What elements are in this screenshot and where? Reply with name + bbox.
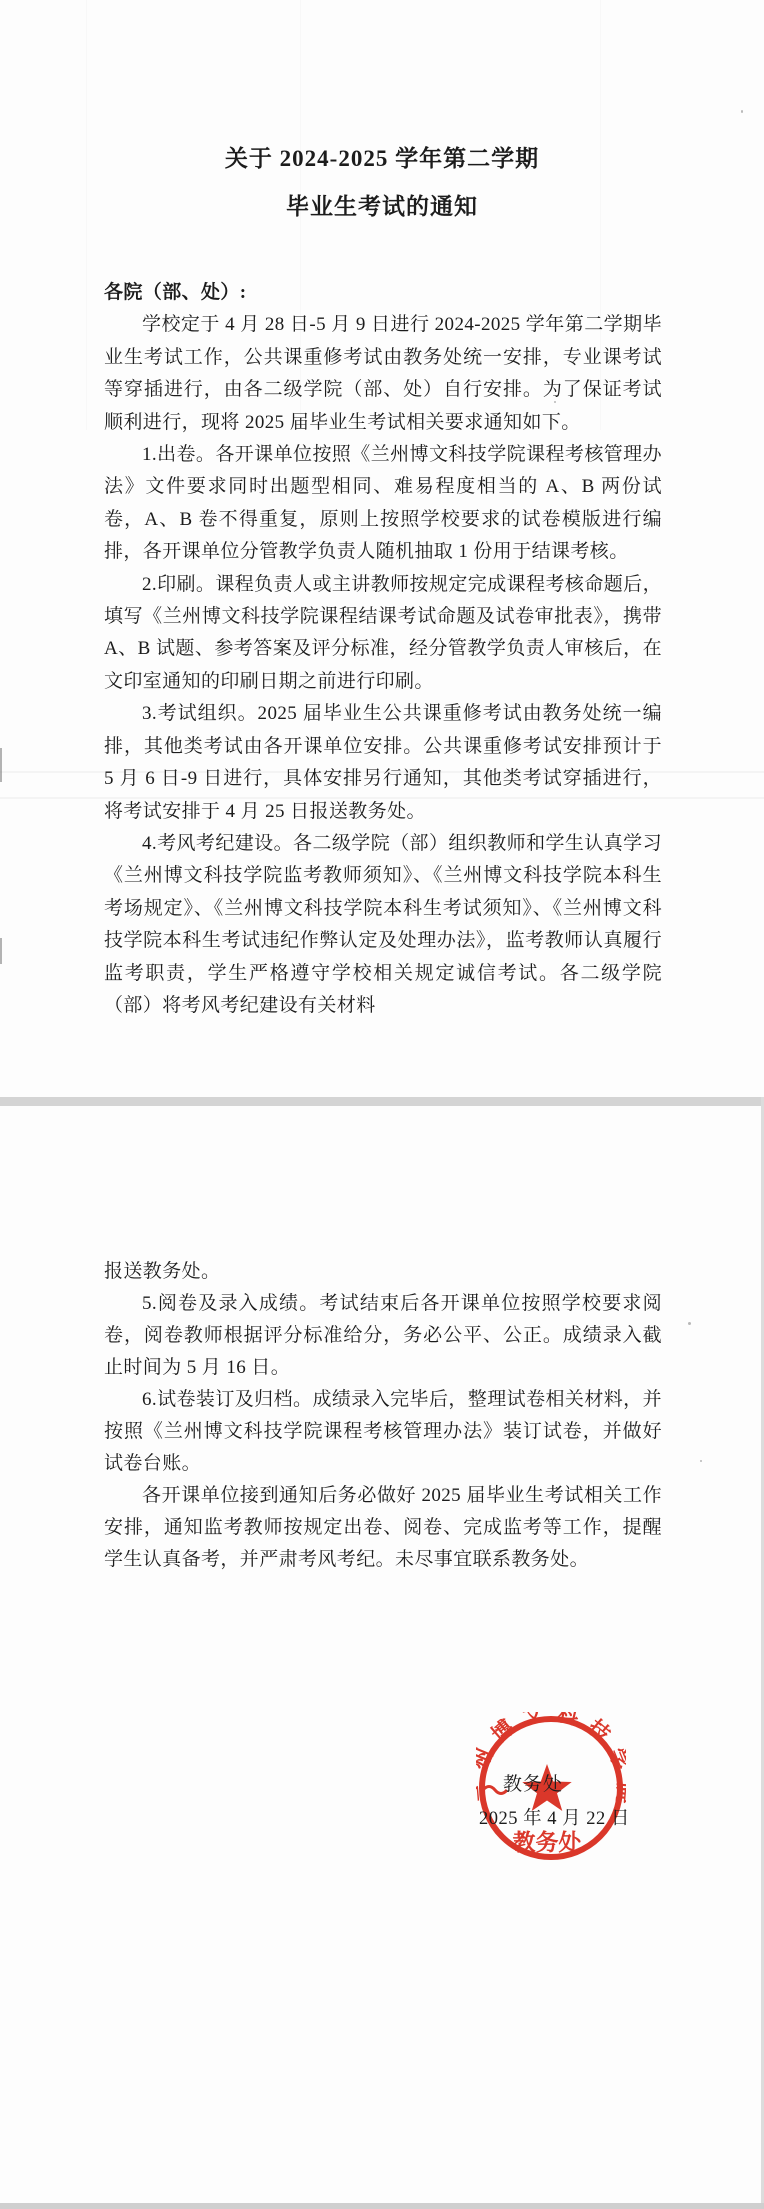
scan-streak — [300, 0, 301, 430]
scan-edge-artifact — [0, 748, 2, 782]
scan-fold-line — [0, 771, 764, 773]
paragraph-6-binding-archiving: 6.试卷装订及归档。成绩录入完毕后，整理试卷相关材料，并按照《兰州博文科技学院课… — [104, 1384, 662, 1480]
document-title-line2: 毕业生考试的通知 — [0, 188, 764, 221]
scan-fold-line — [0, 797, 764, 799]
scan-edge-artifact — [0, 938, 2, 964]
scanned-notice-document: 关于 2024-2025 学年第二学期 毕业生考试的通知 各院（部、处）: 学校… — [0, 0, 764, 2209]
scan-speck — [554, 401, 556, 403]
paragraph-1-exam-papers: 1.出卷。各开课单位按照《兰州博文科技学院课程考核管理办法》文件要求同时出题型相… — [104, 439, 662, 569]
paragraph-intro: 学校定于 4 月 28 日-5 月 9 日进行 2024-2025 学年第二学期… — [104, 309, 662, 439]
document-title-line1: 关于 2024-2025 学年第二学期 — [0, 140, 764, 173]
paragraph-3-exam-organization: 3.考试组织。2025 届毕业生公共课重修考试由教务处统一编排，其他类考试由各开… — [104, 698, 662, 828]
signature-department: 教务处 — [503, 1769, 563, 1796]
seal-bottom-text: 教务处 — [513, 1829, 582, 1855]
paragraph-2-printing: 2.印刷。课程负责人或主讲教师按规定完成课程考核命题后，填写《兰州博文科技学院课… — [104, 569, 662, 699]
signature-date: 2025 年 4 月 22 日 — [479, 1804, 630, 1830]
document-page-1-body: 各院（部、处）: 学校定于 4 月 28 日-5 月 9 日进行 2024-20… — [104, 277, 662, 1022]
paragraph-closing: 各开课单位接到通知后务必做好 2025 届毕业生考试相关工作安排，通知监考教师按… — [104, 1480, 662, 1576]
document-page-2-body: 报送教务处。 5.阅卷及录入成绩。考试结束后各开课单位按照学校要求阅卷，阅卷教师… — [104, 1256, 662, 1576]
scan-speck — [700, 1460, 702, 1462]
scan-streak — [600, 0, 601, 430]
salutation: 各院（部、处）: — [104, 277, 662, 309]
paragraph-4-continuation: 报送教务处。 — [104, 1256, 662, 1288]
scan-page-separator — [0, 1097, 764, 1106]
paragraph-5-grading: 5.阅卷及录入成绩。考试结束后各开课单位按照学校要求阅卷，阅卷教师根据评分标准给… — [104, 1288, 662, 1384]
scan-speck — [688, 1322, 691, 1325]
paragraph-4-exam-discipline: 4.考风考纪建设。各二级学院（部）组织教师和学生认真学习《兰州博文科技学院监考教… — [104, 828, 662, 1022]
scan-bottom-edge — [0, 2203, 764, 2209]
scan-speck — [741, 110, 743, 113]
scan-streak — [86, 0, 87, 430]
